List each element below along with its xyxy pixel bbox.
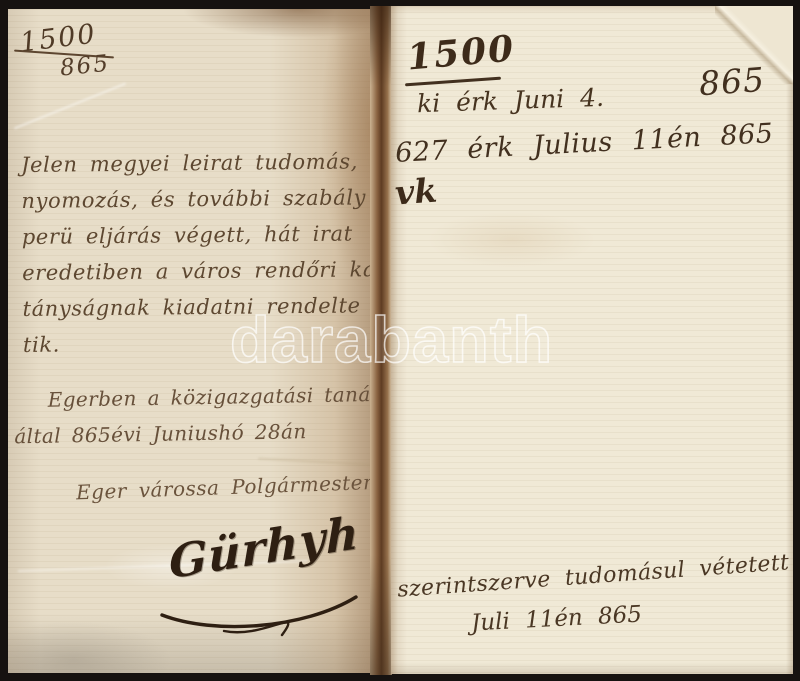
paper-crease [258,458,371,467]
manuscript-scan: 1500 865 Jelen megyei leirat tudomás, ny… [0,0,800,681]
docket-underline [405,77,501,87]
dateline-line: által 865évi Juniushó 28án [14,412,371,455]
manuscript-line: nyomozás, és további szabály [21,179,371,219]
left-page: 1500 865 Jelen megyei leirat tudomás, ny… [8,9,371,673]
manuscript-line: Jelen megyei leirat tudomás, [21,143,371,183]
manuscript-paragraph: Jelen megyei leirat tudomás, nyomozás, é… [21,143,371,363]
acknowledgement-date: Juli 11én 865 [470,602,642,637]
dateline: Egerben a közigazgatási tanács által 865… [13,376,371,455]
docket-year: 865 [59,50,111,81]
clerk-initials: vk [394,171,439,213]
office-line: Eger várossa Polgármestere [76,470,371,505]
signature-flourish [154,585,364,645]
right-page: 1500 ki érk Juni 4. 865 627 érk Julius 1… [391,6,793,674]
registry-note: 627 érk Julius 11én 865 [394,118,774,169]
acknowledgement-note: szerintszerve tudomásul vétetett [397,550,791,602]
manuscript-line: tányságnak kiadatni rendelte [22,287,371,327]
received-year: 865 [698,60,767,104]
manuscript-line: perü eljárás végett, hát irat [22,215,371,255]
manuscript-line: tik. [23,323,371,363]
manuscript-line: eredetiben a város rendőri kapi [22,251,371,291]
dateline-line: Egerben a közigazgatási tanács [13,376,371,419]
paper-crease [14,83,126,130]
docket-number: 1500 [405,27,516,78]
received-note: ki érk Juni 4. [417,83,605,119]
binding-fold [370,6,392,675]
signature: Gürhyh [169,506,360,590]
